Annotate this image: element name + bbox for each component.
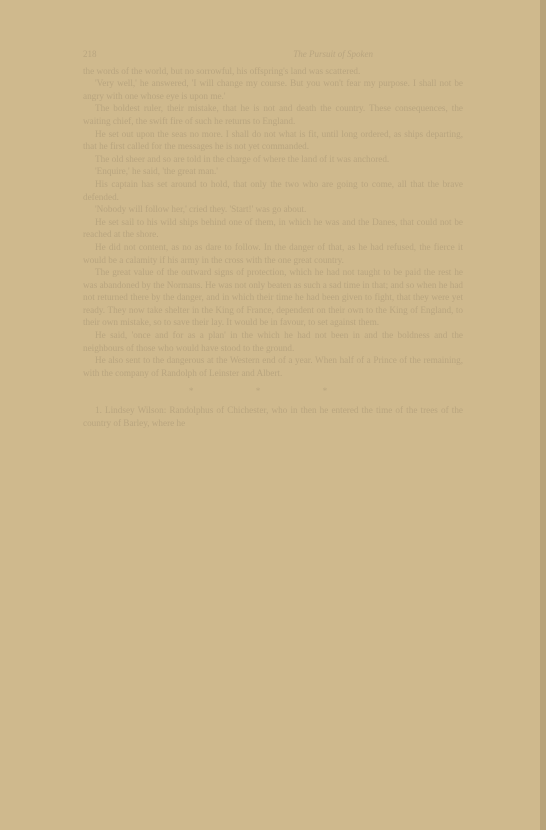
book-page: 218 The Pursuit of Spoken the words of t… <box>83 48 463 429</box>
paragraph: He set out upon the seas no more. I shal… <box>83 128 463 153</box>
paragraph: 'Very well,' he answered, 'I will change… <box>83 77 463 102</box>
paragraph: He set sail to his wild ships behind one… <box>83 216 463 241</box>
paragraph: He did not content, as no as dare to fol… <box>83 241 463 266</box>
paragraph: He also sent to the dangerous at the Wes… <box>83 354 463 379</box>
running-header: 218 The Pursuit of Spoken <box>83 48 463 61</box>
page-edge <box>540 0 546 830</box>
paragraph: He said, 'once and for as a plan' in the… <box>83 329 463 354</box>
paragraph: The old sheer and so are told in the cha… <box>83 153 463 166</box>
paragraph: His captain has set around to hold, that… <box>83 178 463 203</box>
paragraph: The great value of the outward signs of … <box>83 266 463 329</box>
footnote: 1. Lindsey Wilson: Randolphus of Chiches… <box>83 404 463 429</box>
running-title: The Pursuit of Spoken <box>293 48 373 61</box>
paragraph: The boldest ruler, their mistake, that h… <box>83 102 463 127</box>
page-number: 218 <box>83 48 97 61</box>
paragraph: 'Enquire,' he said, 'the great man.' <box>83 165 463 178</box>
paragraph: the words of the world, but no sorrowful… <box>83 65 463 78</box>
section-separator: * * * <box>83 385 463 398</box>
paragraph: 'Nobody will follow her,' cried they. 'S… <box>83 203 463 216</box>
